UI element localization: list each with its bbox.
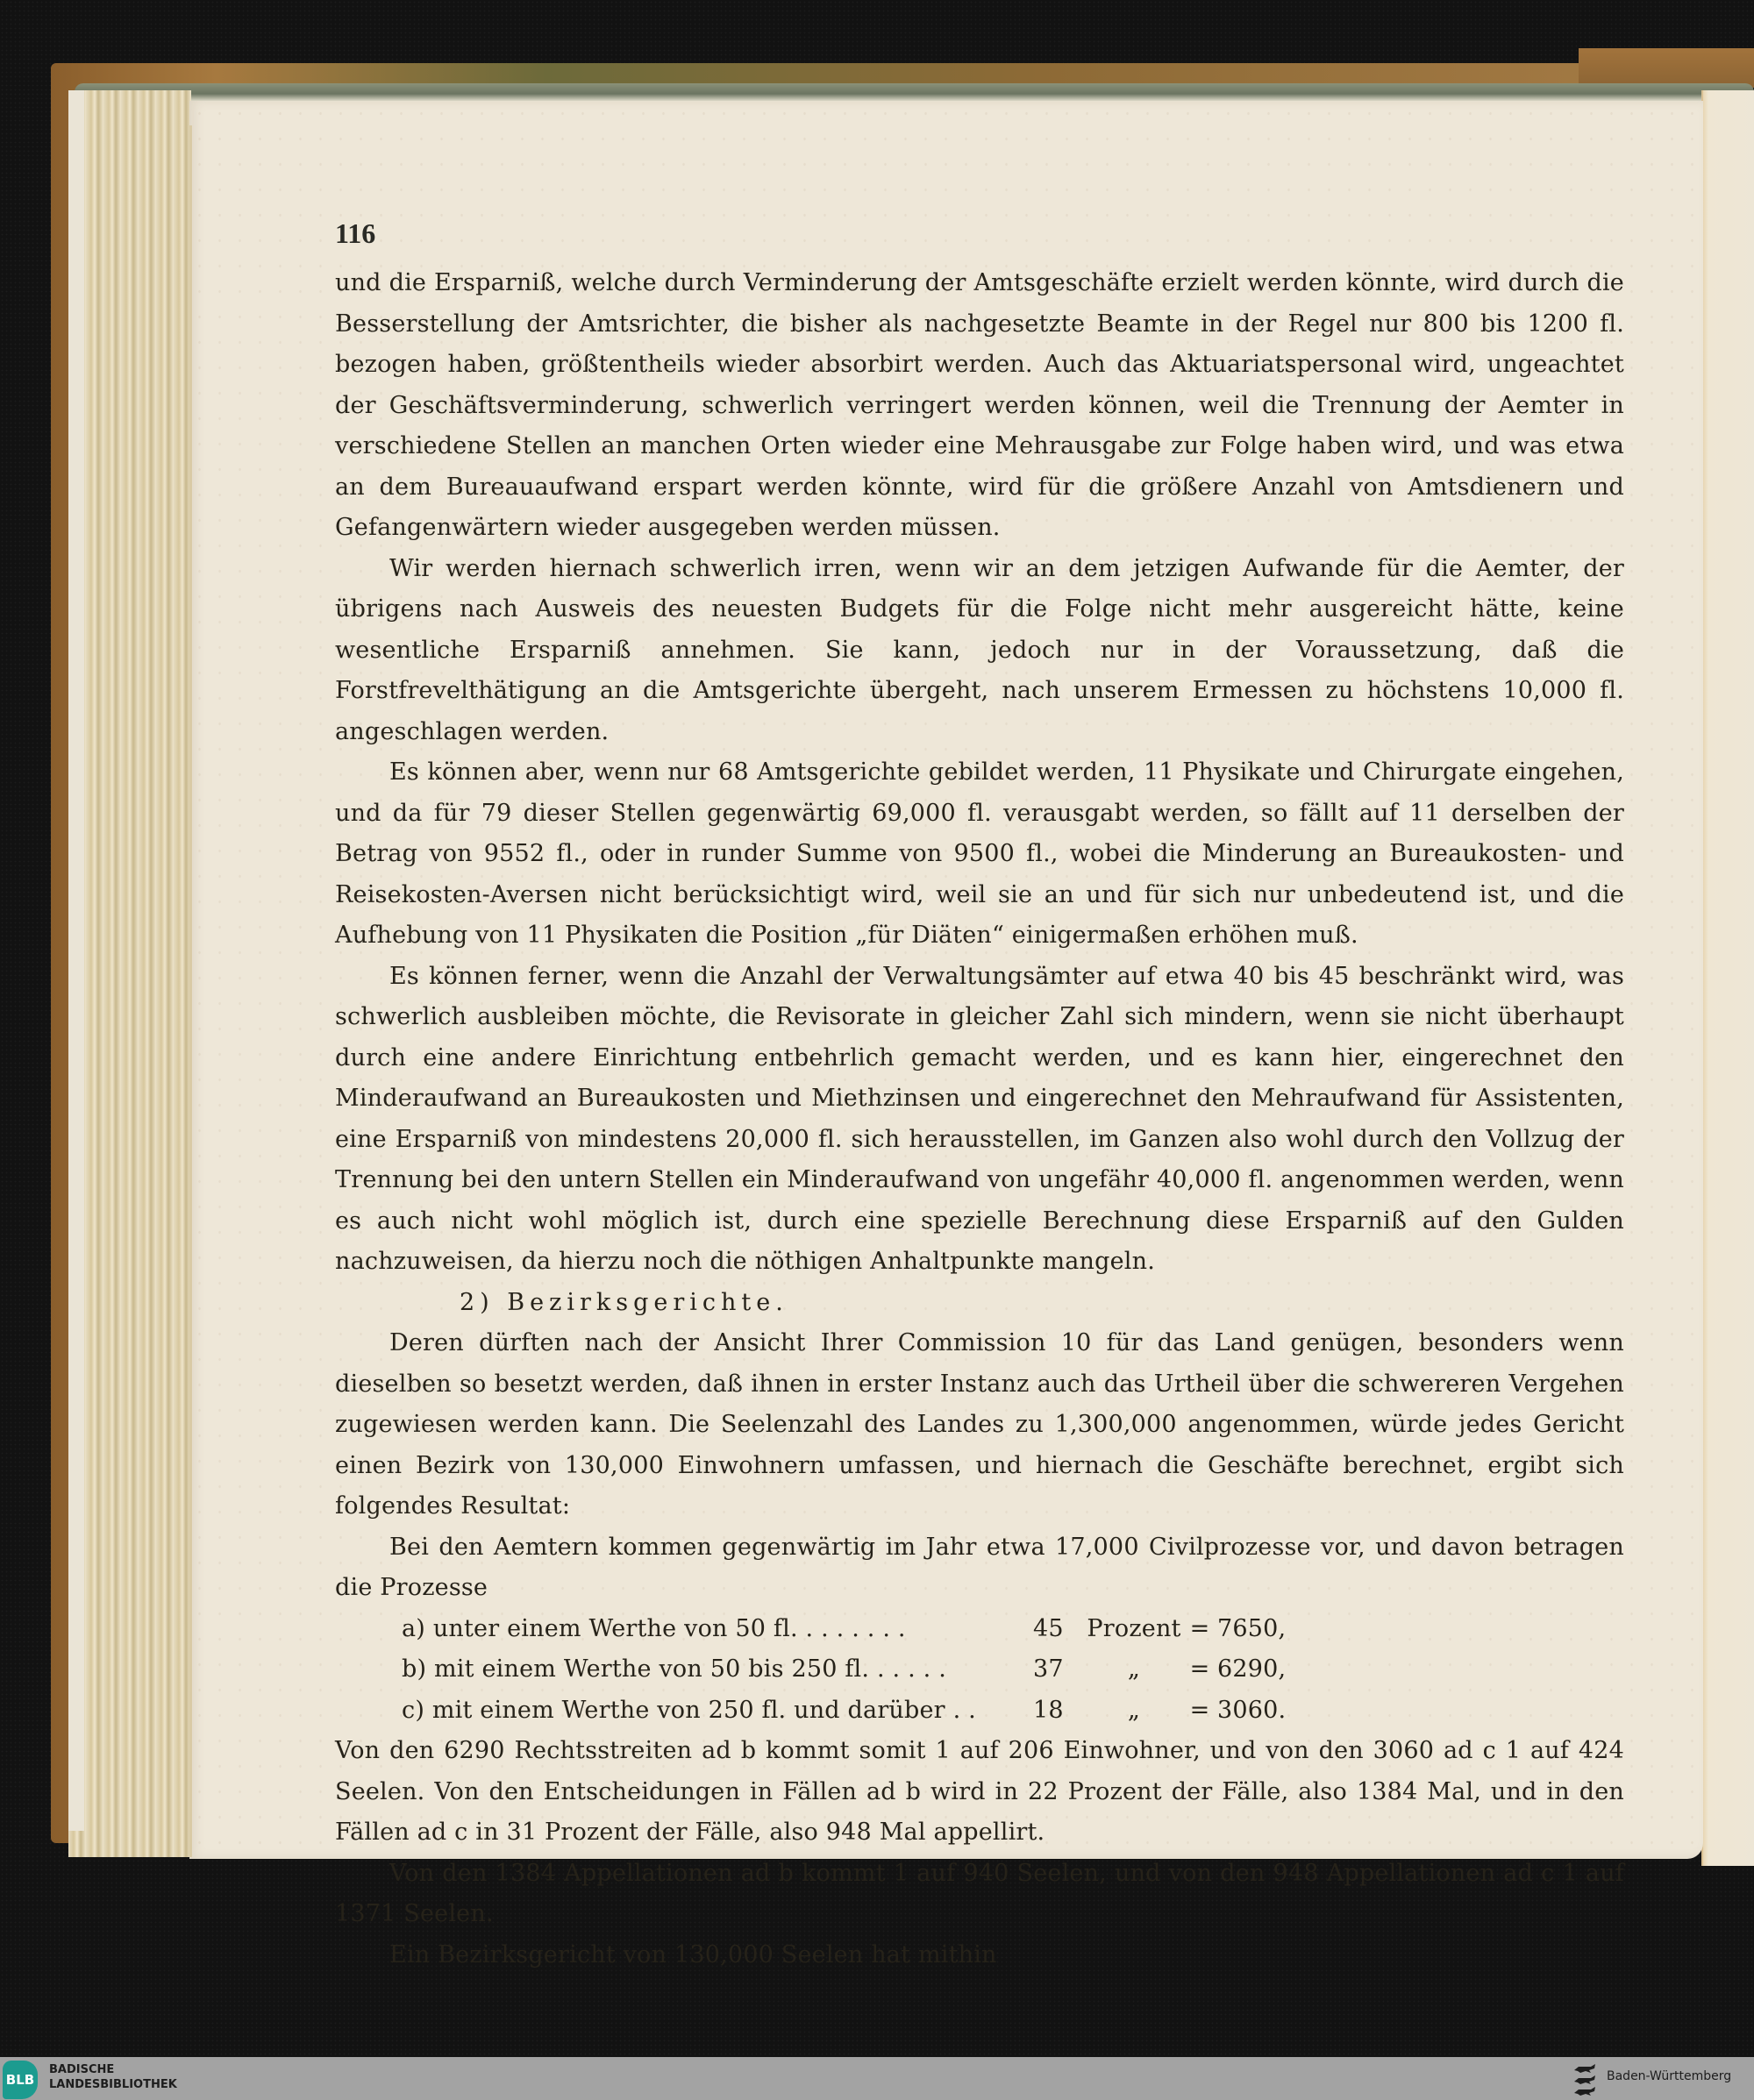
blb-logo-abbr: BLB	[6, 2072, 34, 2088]
paragraph: Wir werden hiernach schwerlich irren, we…	[335, 549, 1624, 753]
paragraph: Von den 6290 Rechtsstreiten ad b kommt s…	[335, 1731, 1624, 1854]
row-unit: Prozent	[1086, 1609, 1182, 1650]
row-label: c) mit einem Werthe von 250 fl. und darü…	[402, 1691, 1033, 1732]
row-percent: 45	[1033, 1609, 1086, 1650]
table-row: c) mit einem Werthe von 250 fl. und darü…	[402, 1691, 1624, 1732]
paragraph: Ein Bezirksgericht von 130,000 Seelen ha…	[335, 1935, 1624, 1976]
facing-page-edge	[1701, 90, 1754, 1866]
row-equals: =	[1182, 1649, 1217, 1691]
row-unit: „	[1086, 1649, 1182, 1691]
row-equals: =	[1182, 1691, 1217, 1732]
paragraph: Von den 1384 Appellationen ad b kommt 1 …	[335, 1854, 1624, 1935]
row-label: a) unter einem Werthe von 50 fl. . . . .…	[402, 1609, 1033, 1650]
row-value: 7650,	[1217, 1609, 1314, 1650]
paragraph: und die Ersparniß, welche durch Verminde…	[335, 263, 1624, 549]
paragraph: Deren dürften nach der Ansicht Ihrer Com…	[335, 1323, 1624, 1527]
row-percent: 18	[1033, 1691, 1086, 1732]
book-cover-edge	[1579, 48, 1754, 88]
page-body: und die Ersparniß, welche durch Verminde…	[335, 263, 1624, 1975]
page-gutter	[189, 125, 192, 1857]
page-number: 116	[335, 217, 375, 250]
book-edge-top	[75, 83, 1754, 101]
paragraph: Bei den Aemtern kommen gegenwärtig im Ja…	[335, 1527, 1624, 1609]
page-stack-edge	[68, 90, 84, 1831]
blb-logo-text: BADISCHE LANDESBIBLIOTHEK	[49, 2062, 177, 2092]
row-value: 6290,	[1217, 1649, 1314, 1691]
row-unit: „	[1086, 1691, 1182, 1732]
section-heading: 2) Bezirksgerichte.	[335, 1283, 1624, 1324]
paragraph: Es können ferner, wenn die Anzahl der Ve…	[335, 957, 1624, 1283]
row-value: 3060.	[1217, 1691, 1314, 1732]
blb-logo-link[interactable]: BLB	[3, 2061, 38, 2099]
row-equals: =	[1182, 1609, 1217, 1650]
footer-bar: BLB BADISCHE LANDESBIBLIOTHEK Baden-Würt…	[0, 2057, 1754, 2100]
page-stack-left	[68, 90, 191, 1857]
table-row: a) unter einem Werthe von 50 fl. . . . .…	[402, 1609, 1624, 1650]
table-row: b) mit einem Werthe von 50 bis 250 fl. .…	[402, 1649, 1624, 1691]
paragraph: Es können aber, wenn nur 68 Amtsgerichte…	[335, 752, 1624, 957]
row-label: b) mit einem Werthe von 50 bis 250 fl. .…	[402, 1649, 1033, 1691]
baden-wuerttemberg-lions-icon	[1572, 2062, 1598, 2097]
lawsuit-value-table: a) unter einem Werthe von 50 fl. . . . .…	[335, 1609, 1624, 1732]
baden-wuerttemberg-link[interactable]: Baden-Württemberg	[1607, 2069, 1731, 2083]
row-percent: 37	[1033, 1649, 1086, 1691]
